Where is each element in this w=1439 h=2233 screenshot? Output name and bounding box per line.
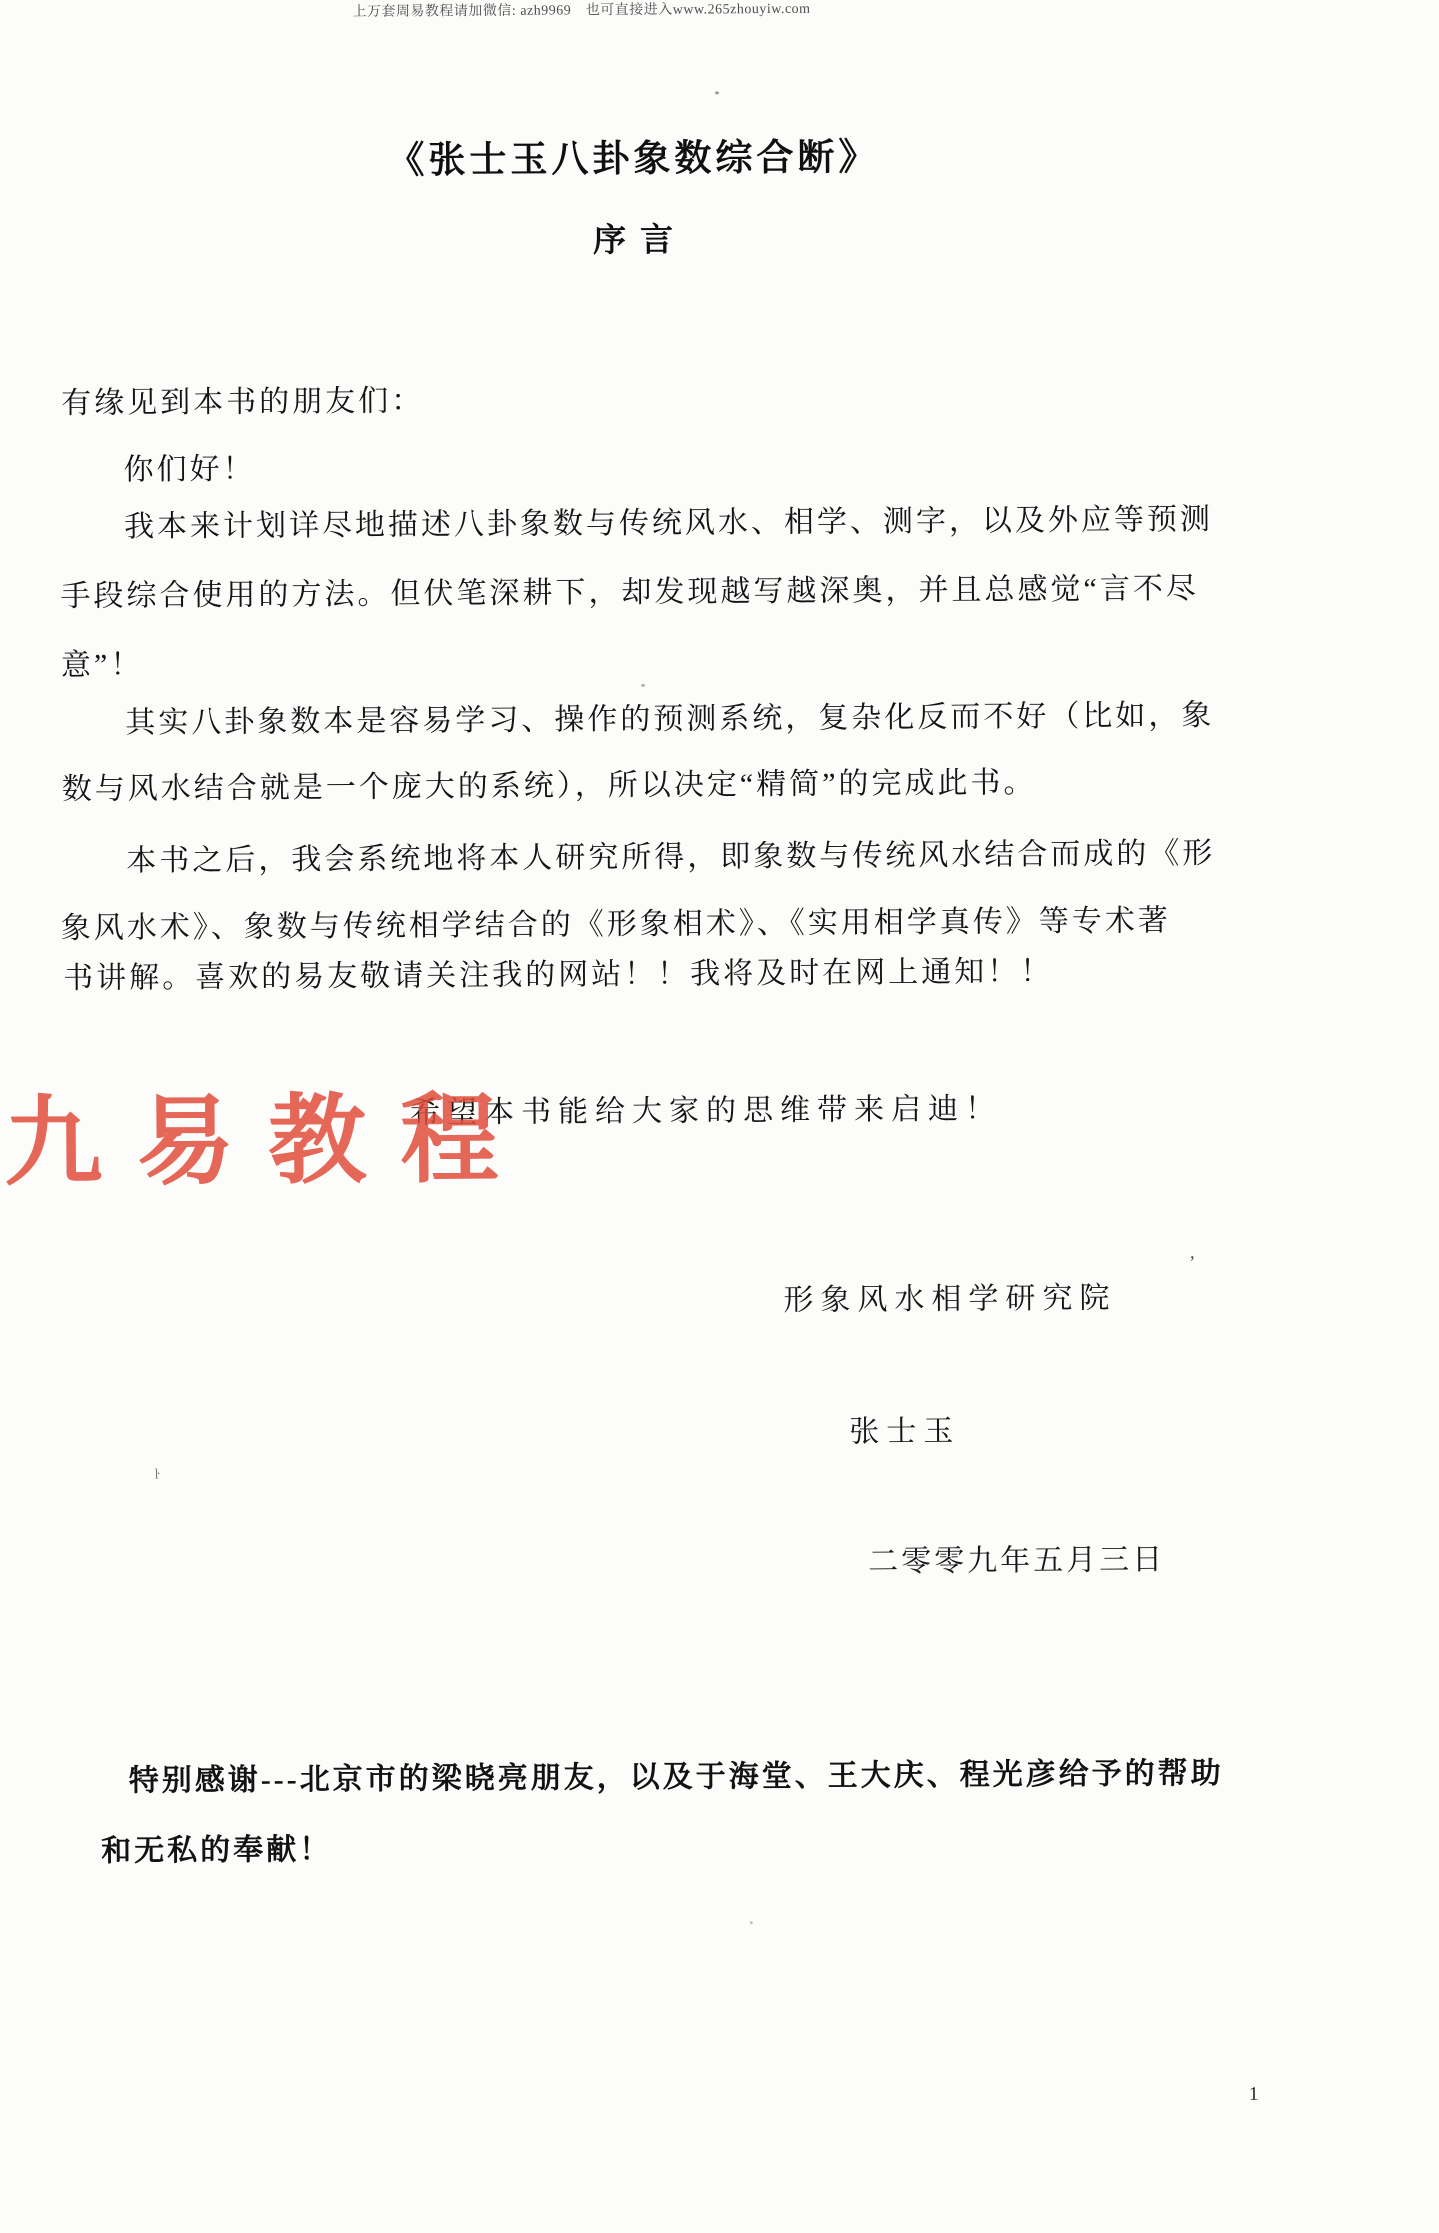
scanned-document-page: 上万套周易教程请加微信: azh9969 也可直接进入www.265zhouyi… <box>0 0 1439 2233</box>
scan-speck <box>715 91 719 94</box>
paragraph-line: 意”！ <box>61 639 144 684</box>
page-number: 1 <box>1249 2084 1259 2106</box>
signature-date: 二零零九年五月三日 <box>868 1534 1165 1580</box>
paragraph-line: 你们好！ <box>123 444 255 489</box>
paragraph-line: 象风水术》、象数与传统相学结合的《形象相术》、《实用相学真传》等专术著 <box>61 895 1171 947</box>
section-title-preface: 序言 <box>593 214 687 262</box>
page-content: 上万套周易教程请加微信: azh9969 也可直接进入www.265zhouyi… <box>0 0 1439 2233</box>
paragraph-line: 我本来计划详尽地描述八卦象数与传统风水、相学、测字，以及外应等预测 <box>124 494 1213 546</box>
paragraph-line: 数与风水结合就是一个庞大的系统），所以决定“精简”的完成此书。 <box>62 757 1037 808</box>
paragraph-line: 书讲解。喜欢的易友敬请关注我的网站！！我将及时在网上通知！！ <box>63 946 1053 997</box>
paragraph-line: 有缘见到本书的朋友们： <box>61 375 424 422</box>
signature-author-name: 张士玉 <box>849 1406 960 1451</box>
scan-stray-mark: ’ <box>1189 1252 1195 1273</box>
scan-speck <box>641 684 645 687</box>
book-title: 《张士玉八卦象数综合断》 <box>387 126 879 183</box>
scan-stray-mark: ŀ <box>155 1467 160 1483</box>
acknowledgement-line: 特别感谢---北京市的梁晓亮朋友，以及于海堂、王大庆、程光彦给予的帮助 <box>129 1748 1224 1800</box>
scan-speck <box>750 1921 753 1924</box>
acknowledgement-line: 和无私的奉献！ <box>101 1824 332 1870</box>
paragraph-line: 本书之后，我会系统地将本人研究所得，即象数与传统风水结合而成的《形 <box>126 828 1215 880</box>
paragraph-line: 其实八卦象数本是容易学习、操作的预测系统，复杂化反而不好（比如，象 <box>125 690 1214 742</box>
top-watermark-note: 上万套周易教程请加微信: azh9969 也可直接进入www.265zhouyi… <box>352 0 810 21</box>
signature-organization: 形象风水相学研究院 <box>783 1273 1116 1319</box>
red-stamp-watermark: 九易教程 <box>4 1061 533 1206</box>
paragraph-line: 手段综合使用的方法。但伏笔深耕下，却发现越写越深奥，并且总感觉“言不尽 <box>60 563 1199 615</box>
